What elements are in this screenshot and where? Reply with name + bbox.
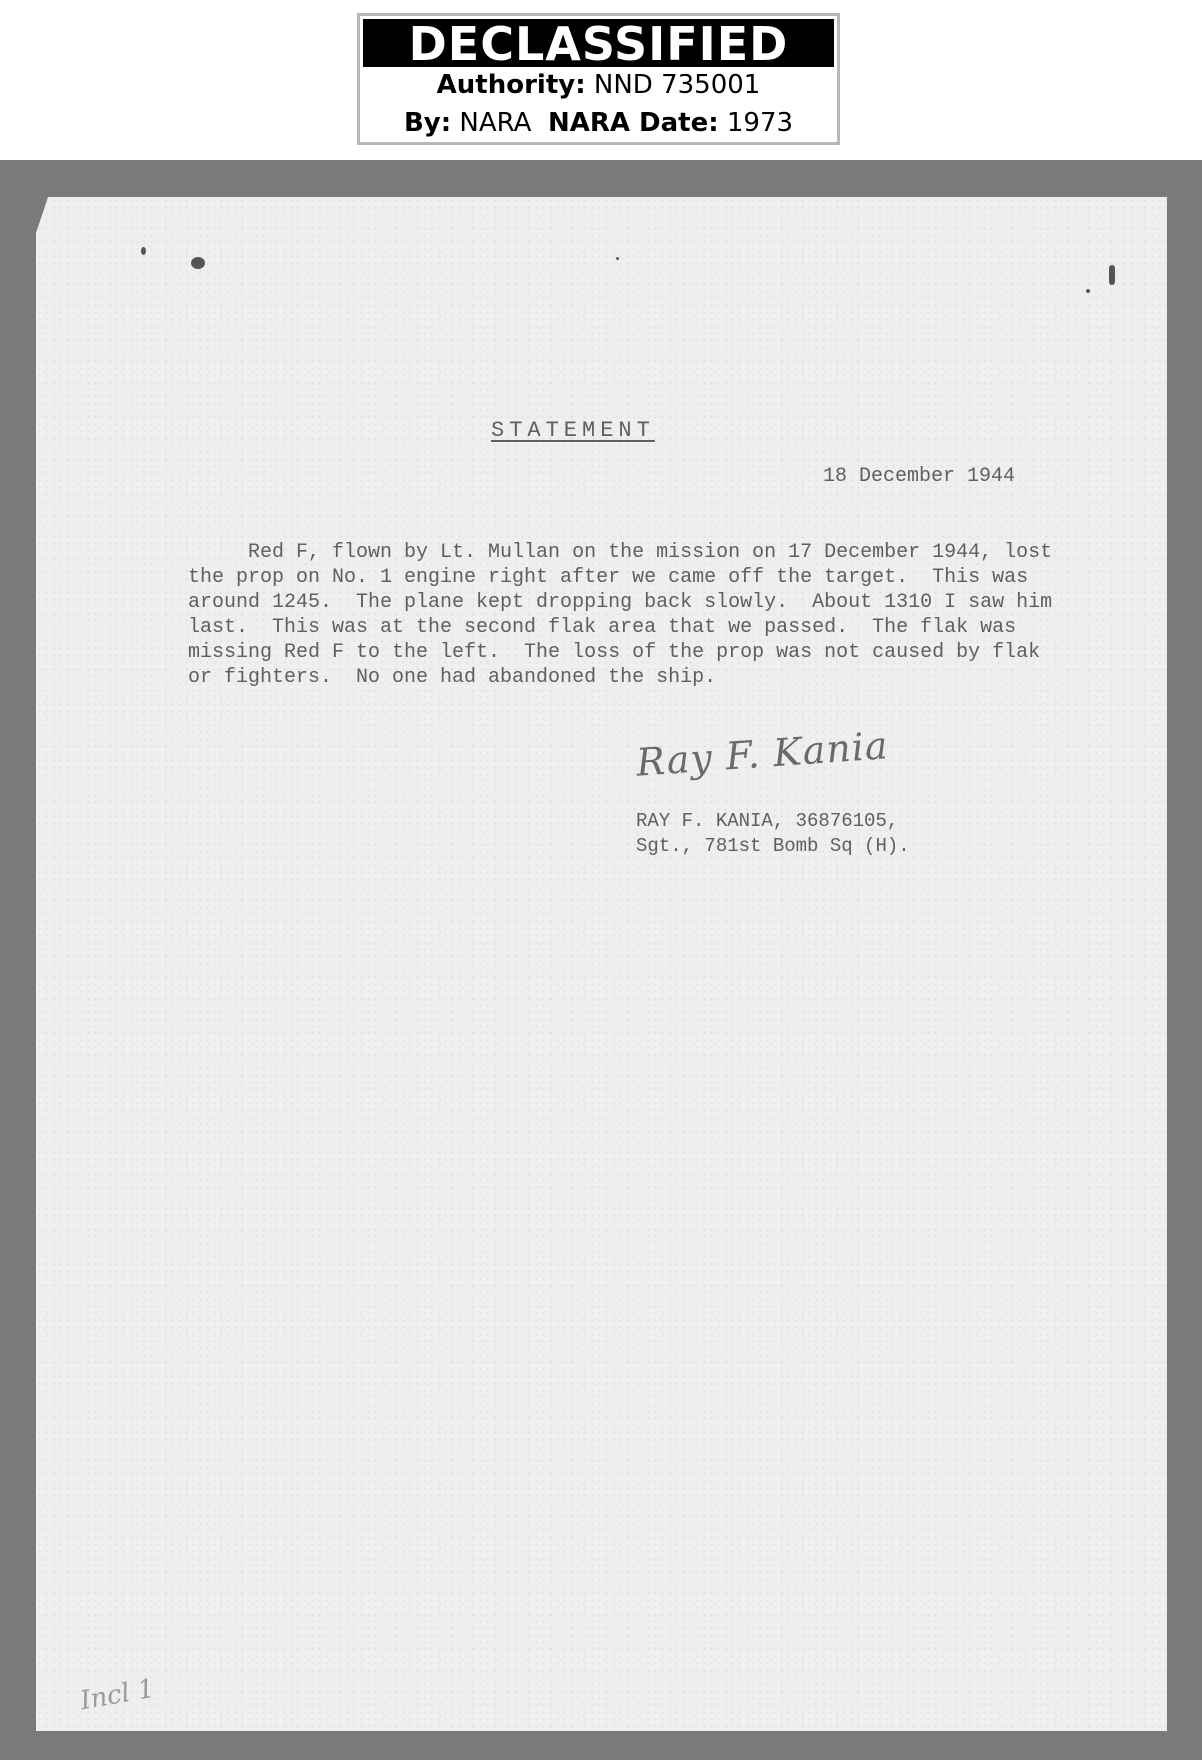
body-line: around 1245. The plane kept dropping bac… (188, 591, 1052, 614)
body-line: or fighters. No one had abandoned the sh… (188, 666, 716, 689)
signature-block: RAY F. KANIA, 36876105, Sgt., 781st Bomb… (636, 809, 910, 859)
ink-speck (616, 257, 619, 260)
ink-speck (1109, 265, 1115, 285)
document-date: 18 December 1944 (823, 465, 1015, 488)
ink-speck (141, 247, 146, 255)
body-line: last. This was at the second flak area t… (188, 616, 1016, 639)
document-title: STATEMENT (491, 418, 655, 443)
body-line: missing Red F to the left. The loss of t… (188, 641, 1040, 664)
ink-speck (191, 257, 205, 269)
declassified-stamp: DECLASSIFIED Authority: NND 735001 By: N… (357, 13, 840, 145)
stamp-authority: Authority: NND 735001 (360, 70, 837, 100)
body-line: Red F, flown by Lt. Mullan on the missio… (188, 541, 1052, 564)
signer-name: RAY F. KANIA, 36876105, (636, 810, 898, 832)
by-value: NARA (459, 108, 531, 138)
body-line: the prop on No. 1 engine right after we … (188, 566, 1028, 589)
stamp-by-date: By: NARA NARA Date: 1973 (360, 108, 837, 138)
nara-date-label: NARA Date: (548, 108, 719, 138)
ink-speck (1086, 289, 1090, 293)
statement-body: Red F, flown by Lt. Mullan on the missio… (188, 540, 1068, 690)
authority-value: NND 735001 (594, 70, 760, 100)
stamp-title: DECLASSIFIED (363, 19, 834, 67)
nara-date-value: 1973 (727, 108, 793, 138)
by-label: By: (404, 108, 451, 138)
authority-label: Authority: (437, 70, 586, 100)
signer-rank-unit: Sgt., 781st Bomb Sq (H). (636, 835, 910, 857)
